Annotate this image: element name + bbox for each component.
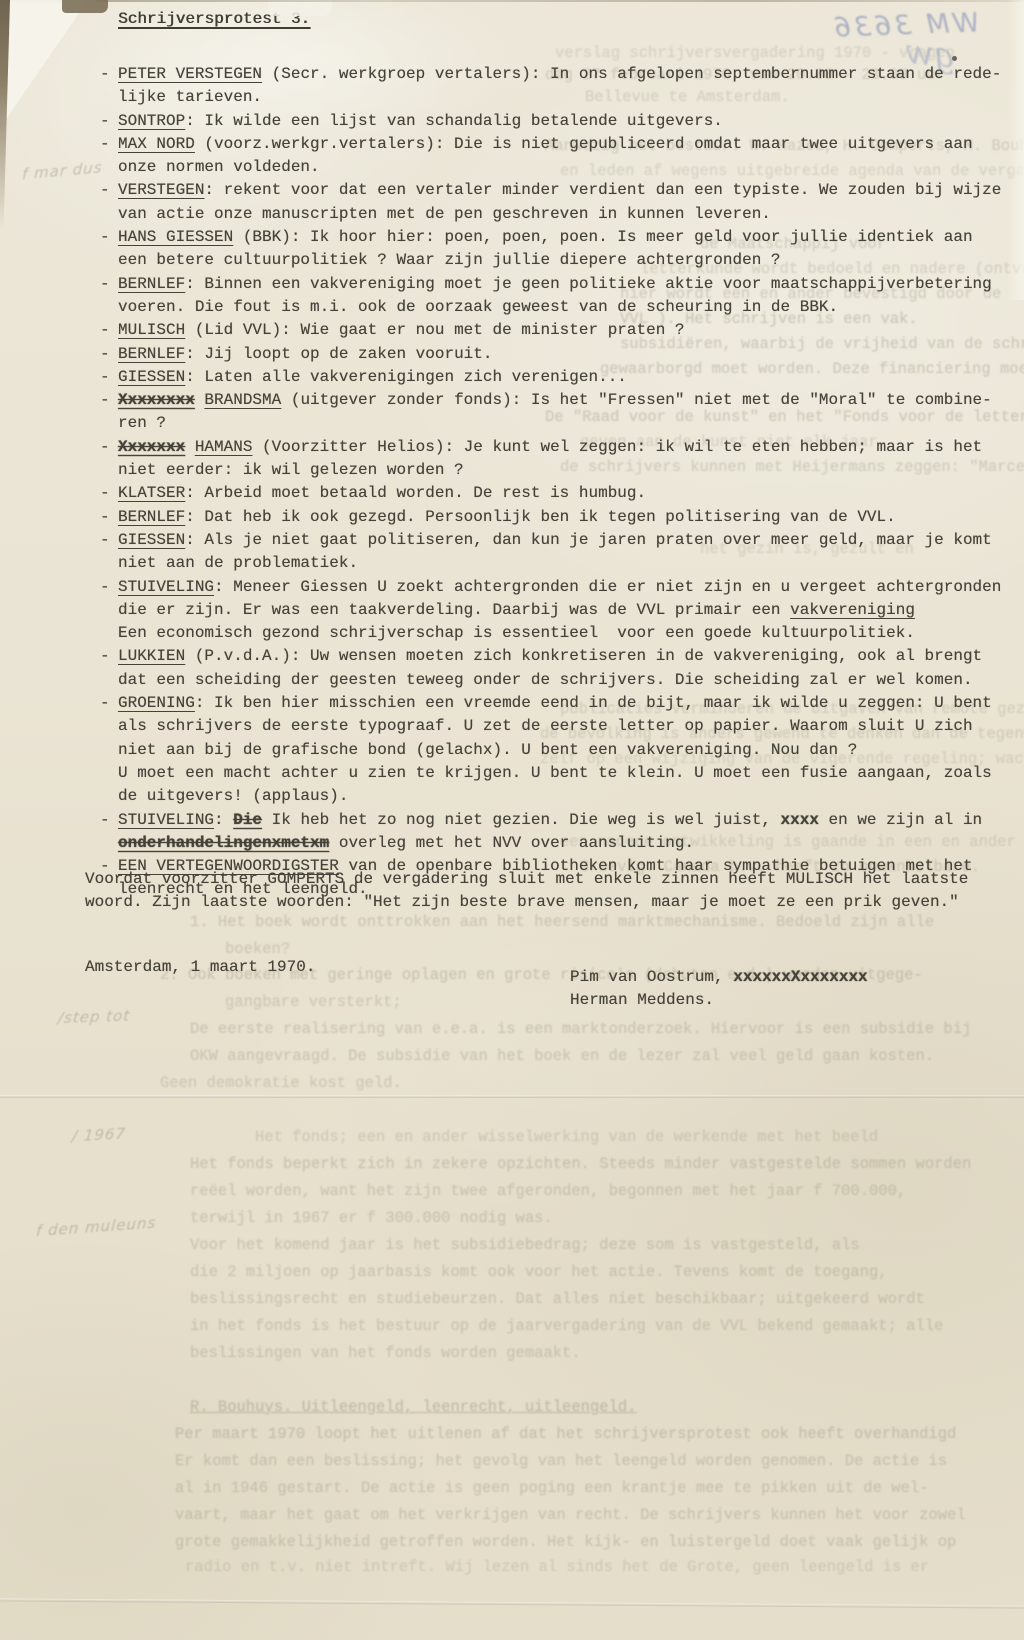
list-dash: - [100,273,110,296]
typed-line: van actie onze manuscripten met de pen g… [100,203,1014,226]
bleedthrough-line: Het fonds; een en ander wisselwerking va… [255,1128,878,1146]
transcript-item: -GIESSEN: Laten alle vakverenigingen zic… [100,366,1014,389]
typed-text: ren ? [118,414,166,432]
typed-text: STUIVELING [118,811,214,829]
typed-text: PETER VERSTEGEN [118,65,262,83]
paper-right-edge [1008,0,1024,300]
bleedthrough-line: Voor het komend jaar is het subsidiebedr… [190,1236,860,1254]
typed-line: niet aan bij de grafische bond (gelachx)… [100,739,1014,762]
signature-line: Herman Meddens. [570,989,868,1012]
typed-line: voeren. Die fout is m.i. ook de oorzaak … [100,296,1014,319]
transcript-item: -GROENING: Ik ben hier misschien een vre… [100,692,1014,808]
typed-line: niet aan de problematiek. [100,552,1014,575]
typed-text: : Ik wilde een lijst van schandalig beta… [185,112,723,130]
typed-text: niet eerder: ik wil gelezen worden ? [118,461,464,479]
list-dash: - [100,692,110,715]
typed-line: -SONTROP: Ik wilde een lijst van schanda… [100,110,1014,133]
typed-text: een betere cultuurpolitiek ? Waar zijn j… [118,251,781,269]
transcript-list: -PETER VERSTEGEN (Secr. werkgroep vertal… [100,63,1014,902]
transcript-item: -STUIVELING: Die Ik heb het zo nog niet … [100,809,1014,856]
typed-text: niet aan de problematiek. [118,554,358,572]
list-dash: - [100,63,110,86]
list-dash: - [100,645,110,668]
typed-text [185,438,195,456]
typed-text: lijke tarieven. [118,88,262,106]
bleedthrough-line: gangbare versterkt; [225,993,402,1011]
typed-text: : [214,811,233,829]
typed-text: : Ik ben hier misschien een vreemde eend… [195,694,992,712]
transcript-item: -KLATSER: Arbeid moet betaald worden. De… [100,482,1014,505]
typed-line: niet eerder: ik wil gelezen worden ? [100,459,1014,482]
typed-text: (voorz.werkgr.vertalers): Die is niet ge… [195,135,973,153]
typed-text: (uitgever zonder fonds): Is het "Fressen… [281,391,992,409]
closing-line: Voordat voorzitter GOMPERTS de vergaderi… [85,868,968,891]
typed-text: Ik heb het zo nog niet gezien. Die weg i… [262,811,780,829]
signature-block: Pim van Oostrum, xxxxxxXxxxxxxxHerman Me… [570,966,868,1013]
transcript-item: -Xxxxxxxx BRANDSMA (uitgever zonder fond… [100,389,1014,436]
typed-text: (Secr. werkgroep vertalers): In ons afge… [262,65,1001,83]
transcript-item: -VERSTEGEN: rekent voor dat een vertaler… [100,179,1014,226]
typed-text: : Laten alle vakverenigingen zich vereni… [185,368,627,386]
list-dash: - [100,133,110,156]
typed-text: : Binnen een vakvereniging moet je geen … [185,275,992,293]
typed-text: van actie onze manuscripten met de pen g… [118,205,771,223]
typed-text: MAX NORD [118,135,195,153]
typed-text: GROENING [118,694,195,712]
list-dash: - [100,506,110,529]
typed-line: onderhandelingenxmetxm overleg met het N… [100,832,1014,855]
typed-line: -BERNLEF: Jij loopt op de zaken vooruit. [100,343,1014,366]
signature-line: Pim van Oostrum, xxxxxxXxxxxxxx [570,966,868,989]
typed-text: LUKKIEN [118,647,185,665]
typed-line: -HANS GIESSEN (BBK): Ik hoor hier: poen,… [100,226,1014,249]
transcript-item: -MULISCH (Lid VVL): Wie gaat er nou met … [100,319,1014,342]
closing-line: woord. Zijn laatste woorden: "Het zijn b… [85,891,968,914]
list-dash: - [100,529,110,552]
typed-line: -BERNLEF: Dat heb ik ook gezegd. Persoon… [100,506,1014,529]
scanned-document-page: verslag schrijversvergadering 1970 - vra… [0,0,1024,1640]
transcript-item: -BERNLEF: Dat heb ik ook gezegd. Persoon… [100,506,1014,529]
typed-text: (P.v.d.A.): Uw wensen moeten zich konkre… [185,647,982,665]
typed-text: xxxx [781,811,819,829]
typed-line: dat een scheiding der geesten teweeg ond… [100,669,1014,692]
typed-text: Xxxxxxxx [118,391,195,409]
typed-line: een betere cultuurpolitiek ? Waar zijn j… [100,249,1014,272]
bleedthrough-line: reëel worden, want het zijn twee afgeron… [190,1182,906,1200]
typed-text: onze normen voldeden. [118,158,320,176]
typed-line: lijke tarieven. [100,86,1014,109]
typed-text: : Dat heb ik ook gezegd. Persoonlijk ben… [185,508,896,526]
typed-line: -GIESSEN: Laten alle vakverenigingen zic… [100,366,1014,389]
paper-tear-notch [62,0,108,13]
typed-text: STUIVELING [118,578,214,596]
typed-line: -LUKKIEN (P.v.d.A.): Uw wensen moeten zi… [100,645,1014,668]
transcript-item: -LUKKIEN (P.v.d.A.): Uw wensen moeten zi… [100,645,1014,692]
bleedthrough-line: al in 1946 gestart. De actie is geen pog… [175,1479,928,1497]
transcript-item: -STUIVELING: Meneer Giessen U zoekt acht… [100,576,1014,646]
pencil-annotation: / 1967 [71,1125,127,1146]
typed-line: -MAX NORD (voorz.werkgr.vertalers): Die … [100,133,1014,156]
typed-text: vakvereniging [790,601,915,619]
typed-text: BERNLEF [118,508,185,526]
transcript-item: -BERNLEF: Binnen een vakvereniging moet … [100,273,1014,320]
typed-text: onderhandelingenxmetxm [118,834,329,852]
typed-line: -GIESSEN: Als je niet gaat politiseren, … [100,529,1014,552]
paper-top-edge [96,0,1024,2]
transcript-item: -Xxxxxxx HAMANS (Voorzitter Helios): Je … [100,436,1014,483]
typed-text: HANS GIESSEN [118,228,233,246]
typed-line: -KLATSER: Arbeid moet betaald worden. De… [100,482,1014,505]
typed-text: U moet een macht achter u zien te krijge… [118,764,992,782]
bleedthrough-line: verslag schrijversvergadering 1970 - vra… [555,44,955,62]
list-dash: - [100,319,110,342]
bleedthrough-line: vaart, maar het gaat om het verkrijgen v… [175,1506,966,1524]
typed-line: die er zijn. Er was een taakverdeling. D… [100,599,1014,622]
list-dash: - [100,226,110,249]
bleedthrough-line: in het fonds is het bestuur op de jaarve… [190,1317,943,1335]
transcript-item: -BERNLEF: Jij loopt op de zaken vooruit. [100,343,1014,366]
typed-line: ren ? [100,412,1014,435]
typed-line: Een economisch gezond schrijverschap is … [100,622,1014,645]
typed-text: BRANDSMA [204,391,281,409]
typed-text: (Lid VVL): Wie gaat er nou met de minist… [185,321,684,339]
typed-line: -PETER VERSTEGEN (Secr. werkgroep vertal… [100,63,1014,86]
closing-paragraph: Voordat voorzitter GOMPERTS de vergaderi… [85,868,968,915]
transcript-item: -PETER VERSTEGEN (Secr. werkgroep vertal… [100,63,1014,110]
typed-text: Pim van Oostrum, [570,968,733,986]
list-dash: - [100,389,110,412]
bleedthrough-line: 1. Het boek wordt onttrokken aan het hee… [190,913,934,931]
typed-text: SONTROP [118,112,185,130]
typed-text: Een economisch gezond schrijverschap is … [118,624,915,642]
fold-crease [0,1095,1024,1098]
typed-text: de uitgevers! (applaus). [118,787,348,805]
typed-text: HAMANS [195,438,253,456]
list-dash: - [100,809,110,832]
typed-text: xxxxxxXxxxxxxx [733,968,867,986]
typed-text: BERNLEF [118,275,185,293]
typed-line: de uitgevers! (applaus). [100,785,1014,808]
typed-line: -MULISCH (Lid VVL): Wie gaat er nou met … [100,319,1014,342]
bleedthrough-line: Er komt dan een beslissing; het gevolg v… [175,1452,947,1470]
typed-text: : Arbeid moet betaald worden. De rest is… [185,484,646,502]
bleedthrough-line: Per maart 1970 loopt het uitlenen af dat… [175,1425,956,1443]
typed-text: overleg met het NVV over aansluiting. [329,834,694,852]
typed-text: VERSTEGEN [118,181,204,199]
typed-line: als schrijvers de eerste typograaf. U ze… [100,715,1014,738]
typed-text: : Meneer Giessen U zoekt achtergronden d… [214,578,1001,596]
typed-text: en we zijn al in [819,811,982,829]
typed-text: BERNLEF [118,345,185,363]
typed-line: U moet een macht achter u zien te krijge… [100,762,1014,785]
typed-text: Herman Meddens. [570,991,714,1009]
typed-text: die er zijn. Er was een taakverdeling. D… [118,601,790,619]
bleedthrough-line: die 2 miljoen op jaarbasis komt ook voor… [190,1263,888,1281]
bleedthrough-line: grote gemakkelijkheid getroffen worden. … [175,1533,956,1551]
list-dash: - [100,110,110,133]
bleedthrough-line: beslissingen van het fonds worden gemaak… [190,1344,581,1362]
list-dash: - [100,482,110,505]
list-dash: - [100,576,110,599]
transcript-item: -SONTROP: Ik wilde een lijst van schanda… [100,110,1014,133]
pencil-annotation: /step tot [57,1007,131,1028]
bleedthrough-line: OKW aangevraagd. De subsidie van het boe… [190,1047,934,1065]
dateline: Amsterdam, 1 maart 1970. [85,956,315,979]
typed-line: -Xxxxxxxx BRANDSMA (uitgever zonder fond… [100,389,1014,412]
bleedthrough-line: terwijl in 1967 er f 300.000 nodig was. [190,1209,553,1227]
paper-tear-light [268,0,332,16]
list-dash: - [100,343,110,366]
list-dash: - [100,366,110,389]
typed-text: voeren. Die fout is m.i. ook de oorzaak … [118,298,838,316]
verso-handwritten-number: WM 3636 [820,7,991,44]
typed-text: dat een scheiding der geesten teweeg ond… [118,671,973,689]
typed-text: Xxxxxxx [118,438,185,456]
typed-line: -Xxxxxxx HAMANS (Voorzitter Helios): Je … [100,436,1014,459]
typed-text: : Jij loopt op de zaken vooruit. [185,345,492,363]
transcript-item: -MAX NORD (voorz.werkgr.vertalers): Die … [100,133,1014,180]
bleedthrough-line: Geen demokratie kost geld. [160,1074,402,1092]
typed-text: KLATSER [118,484,185,502]
bleedthrough-line: Het fonds beperkt zich in zekere opzicht… [190,1155,971,1173]
typed-text: (BBK): Ik hoor hier: poen, poen, poen. I… [233,228,972,246]
bleedthrough-line: radio en t.v. niet intreft. Wij lezen al… [185,1558,929,1576]
typed-text: : rekent voor dat een vertaler minder ve… [204,181,1001,199]
typed-line: -STUIVELING: Meneer Giessen U zoekt acht… [100,576,1014,599]
bleedthrough-line: De eerste realisering van e.e.a. is een … [190,1020,971,1038]
ink-dot [952,56,957,61]
typed-text: GIESSEN [118,368,185,386]
typed-text: als schrijvers de eerste typograaf. U ze… [118,717,973,735]
typed-text: (Voorzitter Helios): Je kunt wel zeggen:… [252,438,982,456]
typed-line: -BERNLEF: Binnen een vakvereniging moet … [100,273,1014,296]
typed-line: -GROENING: Ik ben hier misschien een vre… [100,692,1014,715]
list-dash: - [100,436,110,459]
transcript-item: -HANS GIESSEN (BBK): Ik hoor hier: poen,… [100,226,1014,273]
typed-text [195,391,205,409]
typed-text: : Als je niet gaat politiseren, dan kun … [185,531,992,549]
bleedthrough-line: R. Bouhuys. Uitleengeld, leenrecht, uitl… [190,1398,636,1416]
typed-line: -STUIVELING: Die Ik heb het zo nog niet … [100,809,1014,832]
bleedthrough-line: beslissingsrecht en studiebeurzen. Dat a… [190,1290,925,1308]
typed-line: onze normen voldeden. [100,156,1014,179]
list-dash: - [100,179,110,202]
typed-text: MULISCH [118,321,185,339]
transcript-item: -GIESSEN: Als je niet gaat politiseren, … [100,529,1014,576]
typed-text: Die [233,811,262,829]
typed-line: -VERSTEGEN: rekent voor dat een vertaler… [100,179,1014,202]
typed-text: GIESSEN [118,531,185,549]
typed-text: niet aan bij de grafische bond (gelachx)… [118,741,857,759]
